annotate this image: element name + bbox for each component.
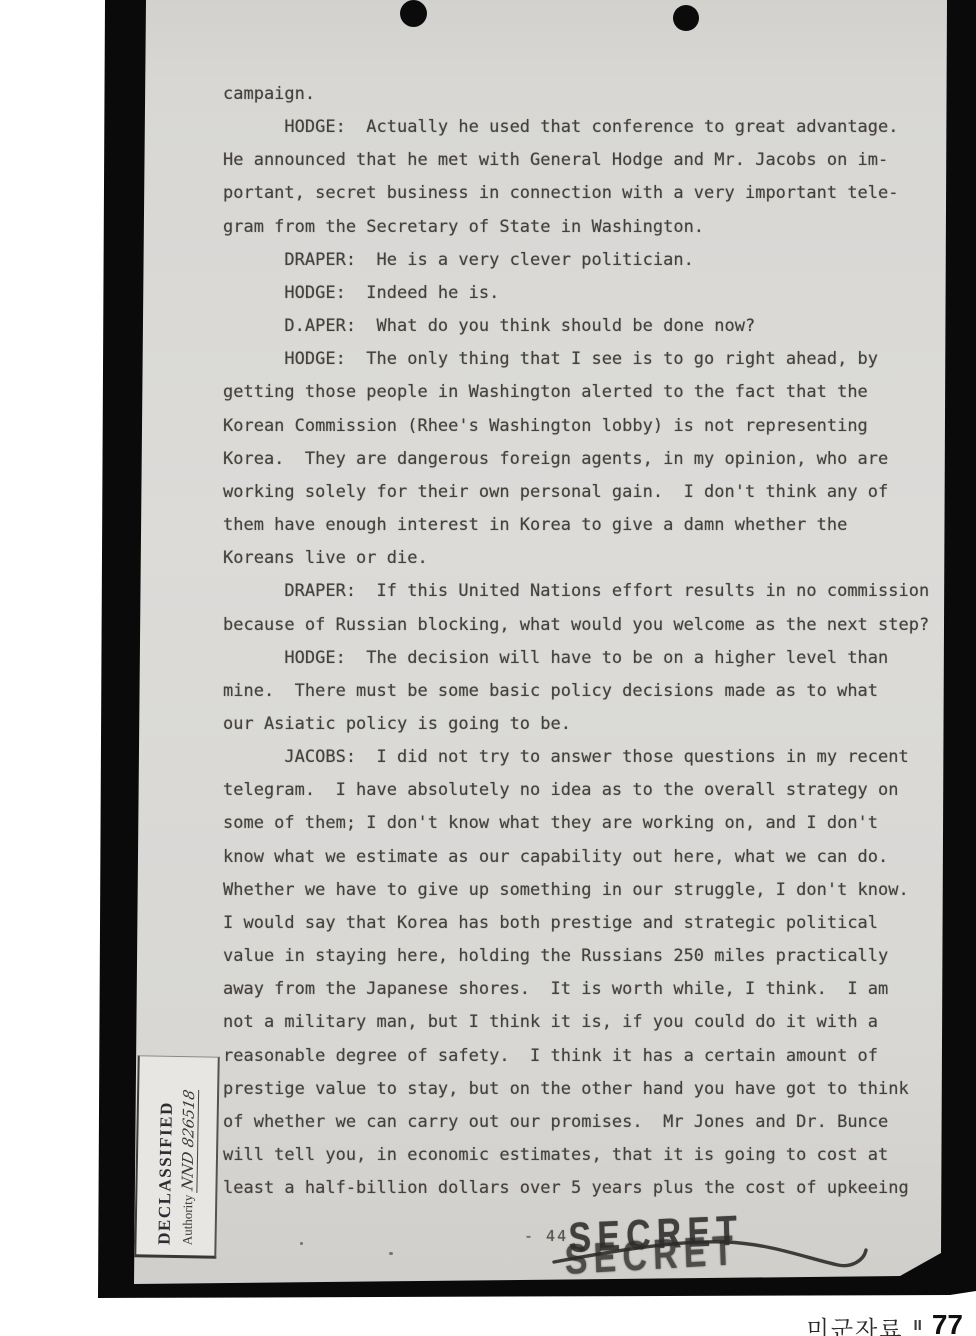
text-line: reasonable degree of safety. I think it … xyxy=(223,1040,943,1073)
text-line: Korean Commission (Rhee's Washington lob… xyxy=(223,410,943,443)
text-line: not a military man, but I think it is, i… xyxy=(223,1006,943,1039)
text-line: HODGE: Actually he used that conference … xyxy=(223,111,943,144)
hole-punch-dot xyxy=(673,5,699,31)
text-line: because of Russian blocking, what would … xyxy=(223,609,943,642)
ink-speck xyxy=(389,1252,393,1255)
text-line: I would say that Korea has both prestige… xyxy=(223,907,943,940)
text-line: HODGE: Indeed he is. xyxy=(223,277,943,310)
declassified-stamp-content: DECLASSIFIED AuthorityNND 826518 xyxy=(136,1056,217,1255)
archive-caption: 미군자료 II 77 xyxy=(807,1311,963,1336)
declassified-stamp-title: DECLASSIFIED xyxy=(154,1057,177,1245)
text-line: mine. There must be some basic policy de… xyxy=(223,675,943,708)
text-line: gram from the Secretary of State in Wash… xyxy=(223,211,943,244)
text-line: HODGE: The decision will have to be on a… xyxy=(223,642,943,675)
text-line: D.APER: What do you think should be done… xyxy=(223,310,943,343)
caption-volume-roman: II xyxy=(914,1317,922,1334)
text-line: some of them; I don't know what they are… xyxy=(223,807,943,840)
text-line: telegram. I have absolutely no idea as t… xyxy=(223,774,943,807)
text-line: campaign. xyxy=(223,78,943,111)
scanned-document-photo: campaign. HODGE: Actually he used that c… xyxy=(0,0,976,1336)
strike-through-line xyxy=(526,1210,886,1290)
text-line: will tell you, in economic estimates, th… xyxy=(223,1139,943,1172)
declassified-stamp: DECLASSIFIED AuthorityNND 826518 xyxy=(134,1055,220,1258)
text-line: value in staying here, holding the Russi… xyxy=(223,940,943,973)
hole-punch-dot xyxy=(400,0,427,27)
text-line: HODGE: The only thing that I see is to g… xyxy=(223,343,943,376)
typewritten-text: campaign. HODGE: Actually he used that c… xyxy=(223,78,943,1205)
text-line: Whether we have to give up something in … xyxy=(223,874,943,907)
text-line: portant, secret business in connection w… xyxy=(223,177,943,210)
caption-korean-text: 미군자료 xyxy=(807,1311,904,1336)
declassified-stamp-authority: AuthorityNND 826518 xyxy=(177,1057,199,1245)
ink-speck xyxy=(300,1242,303,1245)
secret-stamp: SECRET SECRET xyxy=(540,1210,880,1320)
text-line: DRAPER: He is a very clever politician. xyxy=(223,244,943,277)
text-line: away from the Japanese shores. It is wor… xyxy=(223,973,943,1006)
text-line: Koreans live or die. xyxy=(223,542,943,575)
text-line: Korea. They are dangerous foreign agents… xyxy=(223,443,943,476)
caption-page-number: 77 xyxy=(932,1309,963,1336)
text-line: He announced that he met with General Ho… xyxy=(223,144,943,177)
text-line: our Asiatic policy is going to be. xyxy=(223,708,943,741)
text-line: DRAPER: If this United Nations effort re… xyxy=(223,575,943,608)
text-line: working solely for their own personal ga… xyxy=(223,476,943,509)
text-line: know what we estimate as our capability … xyxy=(223,841,943,874)
text-line: prestige value to stay, but on the other… xyxy=(223,1073,943,1106)
authority-label: Authority xyxy=(179,1195,195,1246)
text-line: JACOBS: I did not try to answer those qu… xyxy=(223,741,943,774)
text-line: them have enough interest in Korea to gi… xyxy=(223,509,943,542)
authority-number-handwritten: NND 826518 xyxy=(178,1086,199,1193)
text-line: least a half-billion dollars over 5 year… xyxy=(223,1172,943,1205)
text-line: of whether we can carry out our promises… xyxy=(223,1106,943,1139)
text-line: getting those people in Washington alert… xyxy=(223,376,943,409)
